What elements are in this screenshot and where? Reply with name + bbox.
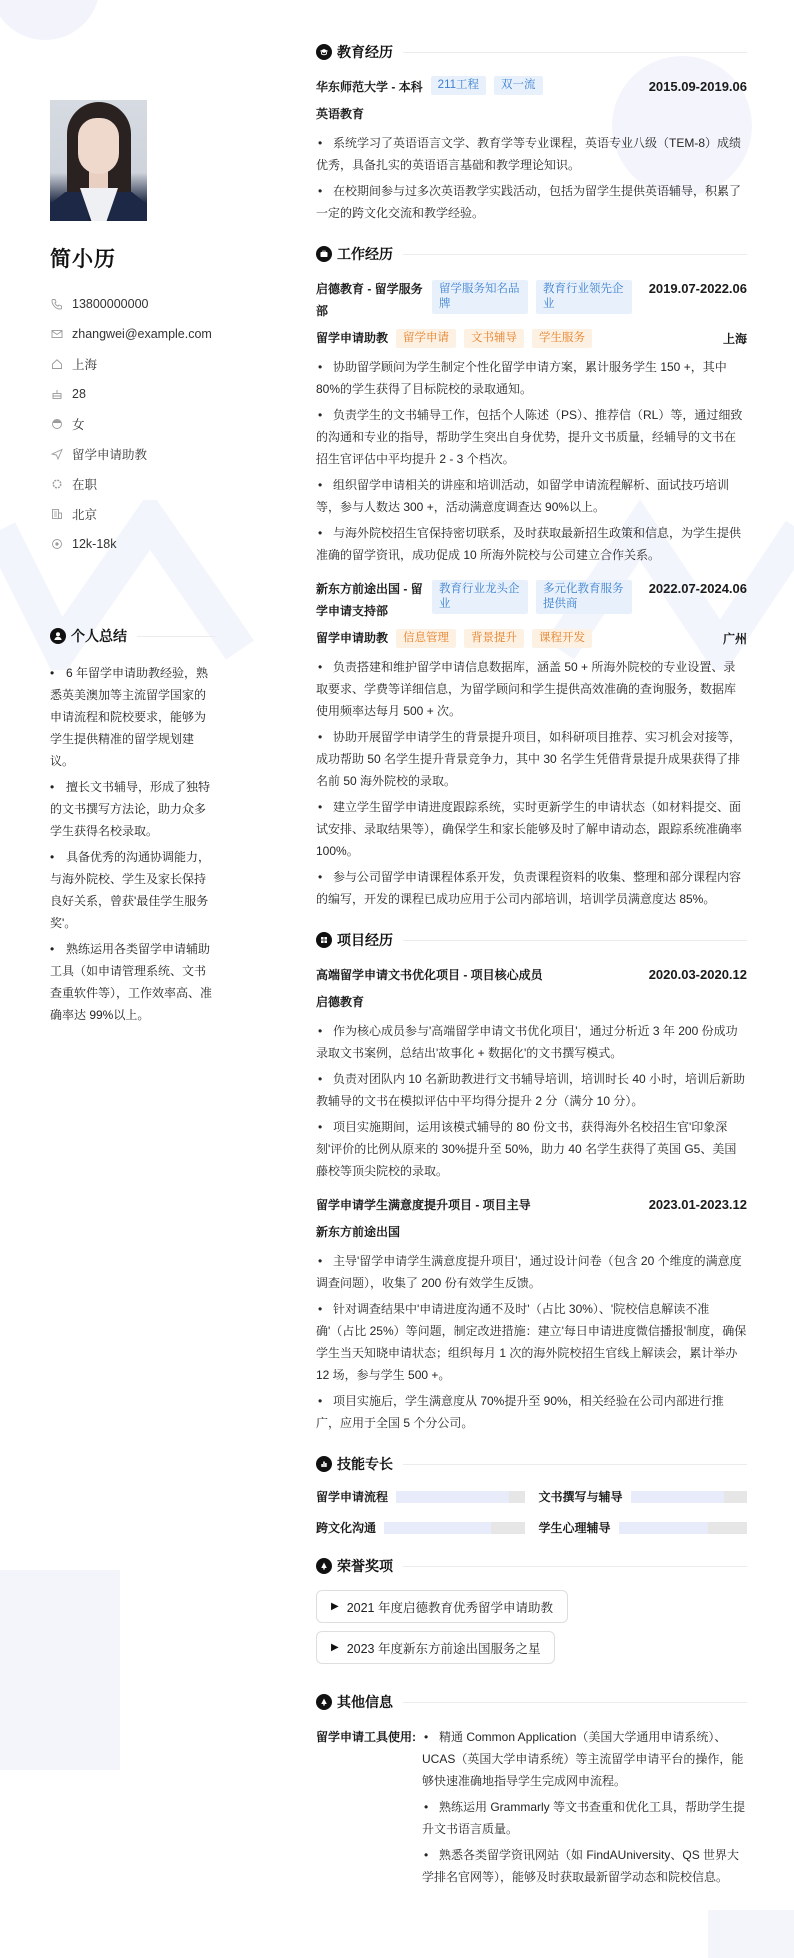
bullet-list: •协助留学顾问为学生制定个性化留学申请方案，累计服务学生 150 +，其中 80… <box>316 356 747 566</box>
work-entry: 启德教育 - 留学服务部 留学服务知名品牌 教育行业领先企业 2019.07-2… <box>316 278 747 566</box>
info-email: zhangwei@example.com <box>50 319 290 349</box>
tag: 双一流 <box>494 76 543 95</box>
graduation-cap-icon <box>316 44 332 60</box>
tag: 文书辅导 <box>464 329 524 348</box>
avatar <box>50 100 147 221</box>
briefcase-icon <box>316 246 332 262</box>
divider <box>403 940 747 941</box>
gender-icon <box>50 417 64 431</box>
tag: 留学申请 <box>396 329 456 348</box>
section-title: 工作经历 <box>316 244 747 264</box>
list-item: •熟悉各类留学资讯网站（如 FindAUniversity、QS 世界大学排名官… <box>422 1844 747 1888</box>
decorative-block <box>708 1910 794 1958</box>
skill-bar <box>619 1522 747 1534</box>
bullet-list: •作为核心成员参与'高端留学申请文书优化项目'，通过分析近 3 年 200 份成… <box>316 1020 747 1182</box>
list-item: •建立学生留学申请进度跟踪系统，实时更新学生的申请状态（如材料提交、面试安排、录… <box>316 796 747 862</box>
education-entry: 华东师范大学 - 本科 211工程 双一流 2015.09-2019.06 英语… <box>316 76 747 224</box>
section-title: 技能专长 <box>316 1454 747 1474</box>
date-range: 2020.03-2020.12 <box>649 964 747 986</box>
list-item: •在校期间参与过多次英语教学实践活动，包括为留学生提供英语辅导，积累了一定的跨文… <box>316 180 747 224</box>
awards-section: 荣誉奖项 ▶ 2021 年度启德教育优秀留学申请助教 ▶ 2023 年度新东方前… <box>316 1556 747 1672</box>
list-item: •主导'留学申请学生满意度提升项目'，通过设计问卷（包含 20 个维度的满意度调… <box>316 1250 747 1294</box>
info-position: 留学申请助教 <box>50 439 290 469</box>
cake-icon <box>50 387 64 401</box>
divider <box>403 1464 747 1465</box>
list-item: •系统学习了英语语言文学、教育学等专业课程，英语专业八级（TEM-8）成绩优秀，… <box>316 132 747 176</box>
info-age: 28 <box>50 379 290 409</box>
info-icon <box>316 1694 332 1710</box>
caret-right-icon: ▶ <box>331 1642 339 1653</box>
list-item: •负责搭建和维护留学申请信息数据库，涵盖 50 + 所海外院校的专业设置、录取要… <box>316 656 747 722</box>
decorative-circle <box>0 0 100 40</box>
list-item: •参与公司留学申请课程体系开发，负责课程资料的收集、整理和部分课程内容的编写，开… <box>316 866 747 910</box>
major: 英语教育 <box>316 104 364 124</box>
tag: 教育行业领先企业 <box>536 280 632 314</box>
info-location: 北京 <box>50 499 290 529</box>
list-item: •负责学生的文书辅导工作，包括个人陈述（PS）、推荐信（RL）等，通过细致的沟通… <box>316 404 747 470</box>
job-role: 留学申请助教 <box>316 628 388 648</box>
divider <box>137 636 216 637</box>
list-item: •协助留学顾问为学生制定个性化留学申请方案，累计服务学生 150 +，其中 80… <box>316 356 747 400</box>
list-item: •与海外院校招生官保持密切联系，及时获取最新招生政策和信息，为学生提供准确的留学… <box>316 522 747 566</box>
tag: 学生服务 <box>532 329 592 348</box>
info-gender: 女 <box>50 409 290 439</box>
tag: 留学服务知名品牌 <box>432 280 528 314</box>
section-title: 项目经历 <box>316 930 747 950</box>
phone-icon <box>50 297 64 311</box>
job-location: 上海 <box>723 330 747 347</box>
salary-icon <box>50 537 64 551</box>
list-item: •针对调查结果中'申请进度沟通不及时'（占比 30%）、'院校信息解读不准确'（… <box>316 1298 747 1386</box>
bullet-list: •负责搭建和维护留学申请信息数据库，涵盖 50 + 所海外院校的专业设置、录取要… <box>316 656 747 910</box>
job-role: 留学申请助教 <box>316 328 388 348</box>
skill-bar <box>631 1491 747 1503</box>
project-name: 留学申请学生满意度提升项目 - 项目主导 <box>316 1194 531 1216</box>
list-item: •负责对团队内 10 名新助教进行文书辅导培训，培训时长 40 小时，培训后新助… <box>316 1068 747 1112</box>
award-item[interactable]: ▶ 2021 年度启德教育优秀留学申请助教 <box>316 1590 568 1623</box>
info-phone: 13800000000 <box>50 289 290 319</box>
info-city: 上海 <box>50 349 290 379</box>
date-range: 2019.07-2022.06 <box>649 278 747 300</box>
summary-list: •6 年留学申请助教经验，熟悉英美澳加等主流留学国家的申请流程和院校要求，能够为… <box>50 662 216 1026</box>
user-icon <box>50 628 66 644</box>
school-name: 华东师范大学 - 本科 <box>316 76 423 98</box>
caret-right-icon: ▶ <box>331 1601 339 1612</box>
list-item: •项目实施后，学生满意度从 70%提升至 90%，相关经验在公司内部进行推广，应… <box>316 1390 747 1434</box>
bullet-list: •主导'留学申请学生满意度提升项目'，通过设计问卷（包含 20 个维度的满意度调… <box>316 1250 747 1434</box>
grid-icon <box>316 932 332 948</box>
skill-item: 跨文化沟通 <box>316 1519 525 1536</box>
projects-section: 项目经历 高端留学申请文书优化项目 - 项目核心成员 2020.03-2020.… <box>316 930 747 1434</box>
tag: 多元化教育服务提供商 <box>536 580 632 614</box>
building-icon <box>50 507 64 521</box>
other-info-section: 其他信息 留学申请工具使用: •精通 Common Application（美国… <box>316 1692 747 1892</box>
list-item: •6 年留学申请助教经验，熟悉英美澳加等主流留学国家的申请流程和院校要求，能够为… <box>50 662 216 772</box>
project-org: 启德教育 <box>316 992 364 1012</box>
work-section: 工作经历 启德教育 - 留学服务部 留学服务知名品牌 教育行业领先企业 2019… <box>316 244 747 910</box>
info-salary: 12k-18k <box>50 529 290 559</box>
skills-grid: 留学申请流程 文书撰写与辅导 跨文化沟通 学生心理辅导 <box>316 1488 747 1536</box>
tag: 211工程 <box>431 76 486 95</box>
skill-bar <box>384 1522 524 1534</box>
tag: 教育行业龙头企业 <box>432 580 528 614</box>
skill-item: 学生心理辅导 <box>539 1519 748 1536</box>
list-item: •精通 Common Application（美国大学通用申请系统）、UCAS（… <box>422 1726 747 1792</box>
company-name: 新东方前途出国 - 留学申请支持部 <box>316 578 424 622</box>
summary-section: 个人总结 •6 年留学申请助教经验，熟悉英美澳加等主流留学国家的申请流程和院校要… <box>50 626 216 1030</box>
project-entry: 留学申请学生满意度提升项目 - 项目主导 2023.01-2023.12 新东方… <box>316 1194 747 1434</box>
skills-section: 技能专长 留学申请流程 文书撰写与辅导 跨文化沟通 学生心理辅导 <box>316 1454 747 1536</box>
status-icon <box>50 477 64 491</box>
award-item[interactable]: ▶ 2023 年度新东方前途出国服务之星 <box>316 1631 555 1664</box>
decorative-block <box>0 1570 120 1770</box>
bullet-list: •系统学习了英语语言文学、教育学等专业课程，英语专业八级（TEM-8）成绩优秀，… <box>316 132 747 224</box>
project-name: 高端留学申请文书优化项目 - 项目核心成员 <box>316 964 543 986</box>
date-range: 2022.07-2024.06 <box>649 578 747 600</box>
project-entry: 高端留学申请文书优化项目 - 项目核心成员 2020.03-2020.12 启德… <box>316 964 747 1182</box>
section-title: 其他信息 <box>316 1692 747 1712</box>
divider <box>403 1702 747 1703</box>
divider <box>403 1566 747 1567</box>
divider <box>403 254 747 255</box>
section-title: 荣誉奖项 <box>316 1556 747 1576</box>
tag: 信息管理 <box>396 629 456 648</box>
trophy-icon <box>316 1558 332 1574</box>
list-item: •作为核心成员参与'高端留学申请文书优化项目'，通过分析近 3 年 200 份成… <box>316 1020 747 1064</box>
section-title: 教育经历 <box>316 42 747 62</box>
date-range: 2015.09-2019.06 <box>649 76 747 98</box>
list-item: •具备优秀的沟通协调能力，与海外院校、学生及家长保持良好关系，曾获'最佳学生服务… <box>50 846 216 934</box>
list-item: •组织留学申请相关的讲座和培训活动，如留学申请流程解析、面试技巧培训等，参与人数… <box>316 474 747 518</box>
send-icon <box>50 447 64 461</box>
skill-item: 留学申请流程 <box>316 1488 525 1505</box>
education-section: 教育经历 华东师范大学 - 本科 211工程 双一流 2015.09-2019.… <box>316 42 747 224</box>
divider <box>403 52 747 53</box>
list-item: •协助开展留学申请学生的背景提升项目，如科研项目推荐、实习机会对接等，成功帮助 … <box>316 726 747 792</box>
other-info-label: 留学申请工具使用: <box>316 1726 422 1748</box>
project-org: 新东方前途出国 <box>316 1222 400 1242</box>
work-entry: 新东方前途出国 - 留学申请支持部 教育行业龙头企业 多元化教育服务提供商 20… <box>316 578 747 910</box>
resume-main: 教育经历 华东师范大学 - 本科 211工程 双一流 2015.09-2019.… <box>316 42 747 1912</box>
other-info-row: 留学申请工具使用: •精通 Common Application（美国大学通用申… <box>316 1726 747 1892</box>
list-item: •擅长文书辅导，形成了独特的文书撰写方法论，助力众多学生获得名校录取。 <box>50 776 216 842</box>
tag: 课程开发 <box>532 629 592 648</box>
tag: 背景提升 <box>464 629 524 648</box>
skill-bar <box>396 1491 524 1503</box>
profile-sidebar: 简小历 13800000000 zhangwei@example.com 上海 … <box>50 100 290 559</box>
contact-info-list: 13800000000 zhangwei@example.com 上海 28 女… <box>50 289 290 559</box>
list-item: •项目实施期间，运用该模式辅导的 80 份文书，获得海外名校招生官'印象深刻'评… <box>316 1116 747 1182</box>
candidate-name: 简小历 <box>50 243 290 273</box>
info-status: 在职 <box>50 469 290 499</box>
section-title: 个人总结 <box>50 626 216 646</box>
home-icon <box>50 357 64 371</box>
skill-item: 文书撰写与辅导 <box>539 1488 748 1505</box>
job-location: 广州 <box>723 630 747 647</box>
list-item: •熟练运用 Grammarly 等文书查重和优化工具，帮助学生提升文书语言质量。 <box>422 1796 747 1840</box>
date-range: 2023.01-2023.12 <box>649 1194 747 1216</box>
bullet-list: •精通 Common Application（美国大学通用申请系统）、UCAS（… <box>422 1726 747 1892</box>
awards-list: ▶ 2021 年度启德教育优秀留学申请助教 ▶ 2023 年度新东方前途出国服务… <box>316 1590 747 1672</box>
bar-chart-icon <box>316 1456 332 1472</box>
company-name: 启德教育 - 留学服务部 <box>316 278 424 322</box>
mail-icon <box>50 327 64 341</box>
list-item: •熟练运用各类留学申请辅助工具（如申请管理系统、文书查重软件等），工作效率高、准… <box>50 938 216 1026</box>
